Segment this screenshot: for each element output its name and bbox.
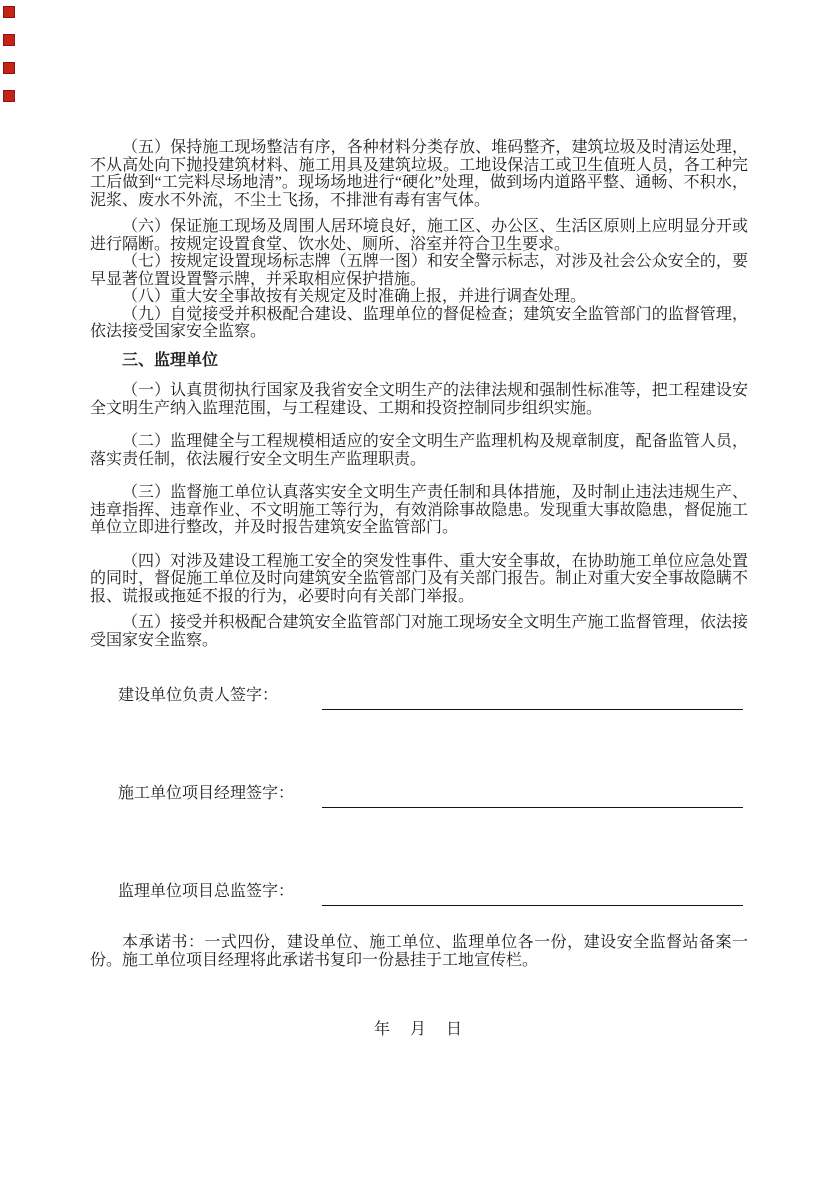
red-margin-mark-3	[4, 63, 14, 73]
closing-note: 本承诺书：一式四份，建设单位、施工单位、监理单位各一份，建设安全监督站备案一份。…	[90, 934, 748, 969]
supervision-paragraph-4: （四）对涉及建设工程施工安全的突发性事件、重大安全事故，在协助施工单位应急处置的…	[90, 553, 748, 606]
supervision-paragraph-5: （五）接受并积极配合建筑安全监管部门对施工现场安全文明生产施工监督管理，依法接受…	[90, 614, 748, 649]
section-heading-supervision-unit: 三、监理单位	[90, 352, 748, 370]
document-body: （五）保持施工现场整洁有序，各种材料分类存放、堆码整齐，建筑垃圾及时清运处理，不…	[90, 139, 748, 1039]
owner-signature-label: 建设单位负责人签字：	[118, 687, 278, 705]
document-page: （五）保持施工现场整洁有序，各种材料分类存放、堆码整齐，建筑垃圾及时清运处理，不…	[0, 0, 838, 1186]
paragraph-item-9: （九）自觉接受并积极配合建设、监理单位的督促检查；建筑安全监管部门的监督管理，依…	[90, 306, 748, 341]
supervisor-signature-line	[322, 905, 743, 906]
red-margin-mark-2	[4, 35, 14, 45]
paragraph-item-7: （七）按规定设置现场标志牌（五牌一图）和安全警示标志，对涉及社会公众安全的，要早…	[90, 253, 748, 288]
signature-row-contractor: 施工单位项目经理签字：	[90, 785, 748, 805]
paragraph-item-6: （六）保证施工现场及周围人居环境良好，施工区、办公区、生活区原则上应明显分开或进…	[90, 218, 748, 253]
supervision-paragraph-1: （一）认真贯彻执行国家及我省安全文明生产的法律法规和强制性标准等，把工程建设安全…	[90, 382, 748, 417]
contractor-signature-label: 施工单位项目经理签字：	[118, 785, 294, 803]
contractor-signature-line	[322, 807, 743, 808]
signature-row-owner: 建设单位负责人签字：	[90, 687, 748, 707]
supervision-paragraph-3: （三）监督施工单位认真落实安全文明生产责任制和具体措施，及时制止违法违规生产、违…	[90, 484, 748, 537]
supervision-paragraph-2: （二）监理健全与工程规模相适应的安全文明生产监理机构及规章制度，配备监管人员，落…	[90, 433, 748, 468]
paragraph-item-5: （五）保持施工现场整洁有序，各种材料分类存放、堆码整齐，建筑垃圾及时清运处理，不…	[90, 139, 748, 209]
red-margin-mark-4	[4, 91, 14, 101]
red-margin-mark-1	[4, 7, 14, 17]
paragraph-item-8: （八）重大安全事故按有关规定及时准确上报，并进行调查处理。	[90, 288, 748, 306]
supervisor-signature-label: 监理单位项目总监签字：	[118, 883, 294, 901]
signature-row-supervisor: 监理单位项目总监签字：	[90, 883, 748, 903]
date-line: 年 月 日	[90, 1021, 748, 1039]
owner-signature-line	[322, 709, 743, 710]
